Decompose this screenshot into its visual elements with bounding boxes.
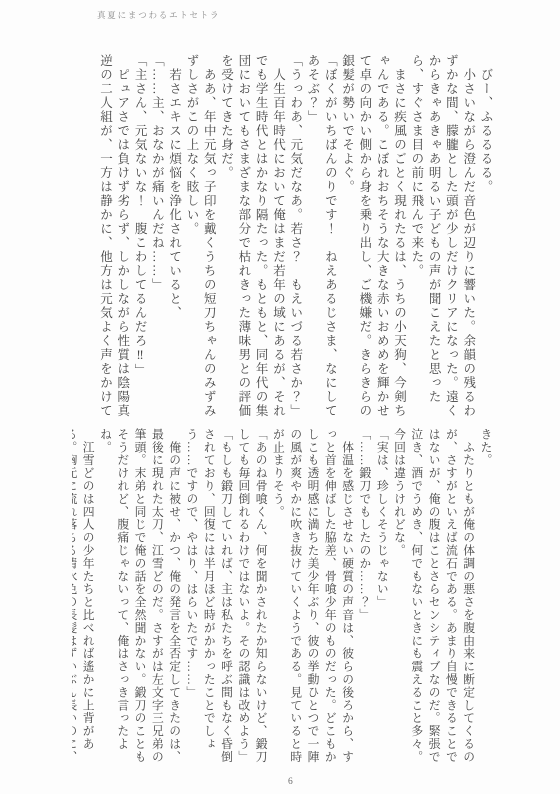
paragraph: ああ、年中元気っ子印を戴くうちの短刀ちゃんのみずみずしさがこの上なく眩しい。 — [183, 54, 218, 421]
text-block-upper: びー、ふるるるる。 小さいながら澄んだ音色が辺りに響いた。余韻の残るわずかな間、… — [72, 54, 494, 421]
paragraph: きた。 — [477, 428, 494, 766]
paragraph: 「もしも鍛刀していれば、主は私たちを呼ぶ間もなく昏倒されており、回復には半月ほど… — [183, 428, 235, 766]
paragraph: 「ぼくがいちばんのりです！ ねえあるじさま、なにしてあそぶ？」 — [304, 54, 339, 421]
paragraph: 「……主、おなかが痛いんだね……」 — [148, 54, 165, 421]
paragraph: 「実は、珍しくそうじゃない」 — [373, 428, 390, 766]
paragraph: 小さいながら澄んだ音色が辺りに響いた。余韻の残るわずかな間、朦朧とした頭が少しだ… — [408, 54, 477, 421]
paragraph: 江雪どのは四人の少年たちと比べれば遙かに上背がある。胸元に流れ落ちる清水色の長髪… — [72, 428, 96, 766]
page-number: 6 — [288, 777, 293, 787]
text-block-lower: きた。 ふたりともが俺の体調の悪さを腹由来に断定してくるのが、さすがといえば流石… — [72, 428, 494, 766]
paragraph: 「あのね骨喰くん、何を聞かされたか知らないけど、鍛刀しても毎回倒れるわけではない… — [235, 428, 270, 766]
paragraph: びー、ふるるるる。 — [477, 54, 494, 421]
paragraph: 体温を感じさせない硬質の声音は、彼らの後ろから、すっと首を伸ばした脇差、骨喰少年… — [269, 428, 355, 766]
paragraph: 「うっわあ、元気だなあ。若さ？ もえいづる若さか？」 — [286, 54, 303, 421]
paragraph: ふたりともが俺の体調の悪さを腹由来に断定してくるのが、さすがといえば流石である。… — [390, 428, 476, 766]
running-header-title: 真夏にまつわるエトセトラ — [97, 9, 220, 21]
paragraph: 人生百年時代において俺はまだ若年の域にあるが、それでも学生時代とはかなり隔たった… — [217, 54, 286, 421]
paragraph: まさに疾風のごとく現れたるは、うちの小天狗、今剣ちゃんである。こぼれおちそうな大… — [338, 54, 407, 421]
paragraph: 若さエキスに煩悩を浄化されていると、 — [165, 54, 182, 421]
paragraph: 「主さん、元気ないな！ 腹こわしてるんだろ‼」 — [131, 54, 148, 421]
paragraph: ピュアさでは負けず劣らず、しかしながら性質は陰陽真逆の二人組が、一方は静かに、他… — [96, 54, 131, 421]
paragraph: 「……鍛刀でもしたのか……？」 — [356, 428, 373, 766]
novel-page: 真夏にまつわるエトセトラ びー、ふるるるる。 小さいながら澄んだ音色が辺りに響い… — [0, 0, 560, 794]
paragraph: 俺の声に被せ、かつ、俺の発言を全否定してきたのは、最後に現れた太刀、江雪どのだ。… — [96, 428, 182, 766]
